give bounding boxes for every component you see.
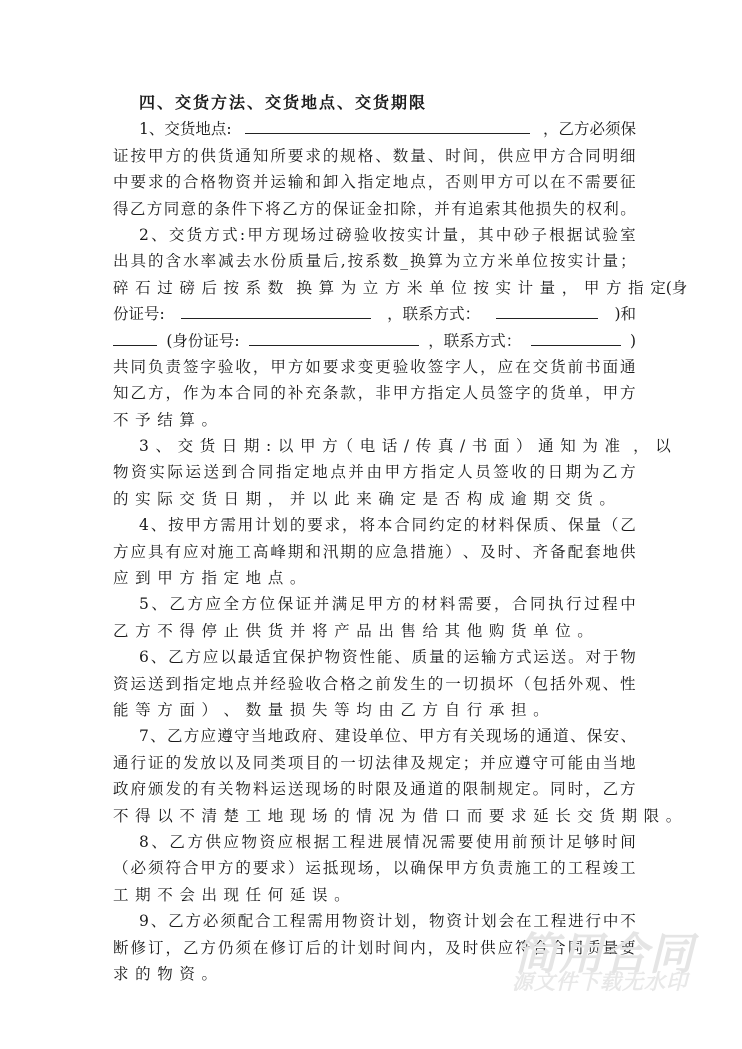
text-segment: 得乙方同意的条件下将乙方的保证金扣除，并有追索其他损失的权利。 <box>113 196 636 222</box>
designee-2-blank[interactable] <box>113 328 157 346</box>
clause-1-label: 1、交货地点: <box>139 116 232 142</box>
text-segment: 5、乙方应全方位保证并满足甲方的材料需要，合同执行过程中 <box>139 591 636 617</box>
text-segment: 7、乙方应遵守当地政府、建设单位、甲方有关现场的通道、保安、 <box>139 723 636 749</box>
text-segment: 应到甲方指定地点。 <box>113 565 305 591</box>
contact-2-blank[interactable] <box>531 328 621 346</box>
clause-4-line: 4、按甲方需用计划的要求，将本合同约定的材料保质、保量（乙 <box>113 512 636 538</box>
id-number-2-blank[interactable] <box>249 328 419 346</box>
text-line: 政府颁发的有关物料运送现场的时限及通道的限制规定。同时，乙方 <box>113 776 636 802</box>
text-segment: 乙方不得停止供货并将产品出售给其他购货单位。 <box>113 618 593 644</box>
text-segment: 不得以不清楚工地现场的情况为借口而要求延长交货期限。 <box>113 803 681 829</box>
text-segment: 资运送到指定地点并经验收合格之前发生的一切损坏（包括外观、性 <box>113 671 636 697</box>
text-line: 不得以不清楚工地现场的情况为借口而要求延长交货期限。 <box>113 803 636 829</box>
text-segment: 中要求的合格物资并运输和卸入指定地点，否则甲方可以在不需要征 <box>113 169 636 195</box>
text-line: (身份证号: ，联系方式： ) <box>113 328 636 354</box>
text-segment: 不予结算。 <box>113 407 217 433</box>
clause-6-line: 6、乙方应以最适宜保护物资性能、质量的运输方式运送。对于物 <box>113 644 636 670</box>
text-segment: 的实际交货日期，并以此来确定是否构成逾期交货。 <box>113 486 615 512</box>
text-line: 得乙方同意的条件下将乙方的保证金扣除，并有追索其他损失的权利。 <box>113 196 636 222</box>
text-segment: 份证号: <box>113 301 165 327</box>
clause-7-line: 7、乙方应遵守当地政府、建设单位、甲方有关现场的通道、保安、 <box>113 723 636 749</box>
text-segment: 政府颁发的有关物料运送现场的时限及通道的限制规定。同时，乙方 <box>113 776 636 802</box>
contact-1-blank[interactable] <box>496 301 598 319</box>
text-segment: （必须符合甲方的要求）运抵现场，以确保甲方负责施工的工程竣工 <box>113 855 636 881</box>
text-segment: (身 <box>666 275 688 301</box>
text-segment: 知乙方，作为本合同的补充条款，非甲方指定人员签字的货单，甲方 <box>113 380 636 406</box>
text-line: 物资实际运送到合同指定地点并由甲方指定人员签收的日期为乙方 <box>113 459 636 485</box>
text-line: 工期不会出现任何延误。 <box>113 882 636 908</box>
text-line: 知乙方，作为本合同的补充条款，非甲方指定人员签字的货单，甲方 <box>113 380 636 406</box>
text-segment: 碎石过磅后按系数 换算为立方米单位按实计量，甲方指定 <box>113 275 666 301</box>
clause-8-line: 8、乙方供应物资应根据工程进展情况需要使用前预计足够时间 <box>113 829 636 855</box>
text-segment: （电话/传真/书面）通知为准 ，以 <box>338 433 671 459</box>
text-line: 不予结算。 <box>113 407 636 433</box>
clause-2-line: 2、交货方式:甲方现场过磅验收按实计量，其中砂子根据试验室 <box>113 222 636 248</box>
text-segment: 能等方面）、数量损失等均由乙方自行承担。 <box>113 697 549 723</box>
contract-page: 四、交货方法、交货地点、交货期限 1、交货地点: ，乙方必须保 证按甲方的供货通… <box>113 90 636 987</box>
text-segment: 证按甲方的供货通知所要求的规格、数量、时间，供应甲方合同明细 <box>113 143 636 169</box>
text-segment: 物资实际运送到合同指定地点并由甲方指定人员签收的日期为乙方 <box>113 459 636 485</box>
text-segment: (身份证号: <box>166 328 239 354</box>
text-line: 的实际交货日期，并以此来确定是否构成逾期交货。 <box>113 486 636 512</box>
text-segment: 方应具有应对施工高峰期和汛期的应急措施）、及时、齐备配套地供 <box>113 539 636 565</box>
text-segment: ，联系方式： <box>428 328 521 354</box>
section-heading: 四、交货方法、交货地点、交货期限 <box>113 90 636 116</box>
clause-3-line: 3、交货日期:以甲方 （电话/传真/书面）通知为准 ，以 <box>113 433 636 459</box>
text-line: （必须符合甲方的要求）运抵现场，以确保甲方负责施工的工程竣工 <box>113 855 636 881</box>
text-line: 证按甲方的供货通知所要求的规格、数量、时间，供应甲方合同明细 <box>113 143 636 169</box>
text-line: 资运送到指定地点并经验收合格之前发生的一切损坏（包括外观、性 <box>113 671 636 697</box>
text-segment: ，乙方必须保 <box>543 116 636 142</box>
text-line: 份证号: ，联系方式： )和 <box>113 301 636 327</box>
text-segment: 6、乙方应以最适宜保护物资性能、质量的运输方式运送。对于物 <box>139 644 636 670</box>
watermark-subtitle: 源文件下载无水印 <box>512 966 688 996</box>
text-line: 共同负责签字验收，甲方如要求变更验收签字人，应在交货前书面通 <box>113 354 636 380</box>
text-line: 中要求的合格物资并运输和卸入指定地点，否则甲方可以在不需要征 <box>113 169 636 195</box>
text-line: 通行证的发放以及同类项目的一切法律及规定；并应遵守可能由当地 <box>113 750 636 776</box>
text-segment: 8、乙方供应物资应根据工程进展情况需要使用前预计足够时间 <box>139 829 636 855</box>
clause-5-line: 5、乙方应全方位保证并满足甲方的材料需要，合同执行过程中 <box>113 591 636 617</box>
text-segment: 工期不会出现任何延误。 <box>113 882 350 908</box>
text-segment: 4、按甲方需用计划的要求，将本合同约定的材料保质、保量（乙 <box>139 512 636 538</box>
text-segment: ，联系方式： <box>387 301 480 327</box>
text-segment: 求的物资。 <box>113 961 217 987</box>
text-segment: 通行证的发放以及同类项目的一切法律及规定；并应遵守可能由当地 <box>113 750 636 776</box>
text-segment: ) <box>630 328 636 354</box>
text-line: 应到甲方指定地点。 <box>113 565 636 591</box>
text-segment: 共同负责签字验收，甲方如要求变更验收签字人，应在交货前书面通 <box>113 354 636 380</box>
text-line: 方应具有应对施工高峰期和汛期的应急措施）、及时、齐备配套地供 <box>113 539 636 565</box>
clause-1-line: 1、交货地点: ，乙方必须保 <box>113 116 636 142</box>
delivery-location-blank[interactable] <box>245 116 530 134</box>
id-number-1-blank[interactable] <box>181 301 371 319</box>
text-line: 乙方不得停止供货并将产品出售给其他购货单位。 <box>113 618 636 644</box>
text-segment: 3、交货日期:以甲方 <box>139 433 338 459</box>
text-line: 碎石过磅后按系数 换算为立方米单位按实计量，甲方指定 (身 <box>113 275 636 301</box>
text-segment: 2、交货方式:甲方现场过磅验收按实计量，其中砂子根据试验室 <box>139 222 636 248</box>
text-segment: )和 <box>614 301 636 327</box>
text-line: 出具的含水率减去水份质量后,按系数_换算为立方米单位按实计量； <box>113 248 636 274</box>
section-heading-text: 四、交货方法、交货地点、交货期限 <box>139 90 427 116</box>
text-line: 能等方面）、数量损失等均由乙方自行承担。 <box>113 697 636 723</box>
text-segment: 出具的含水率减去水份质量后,按系数_换算为立方米单位按实计量； <box>113 248 636 274</box>
